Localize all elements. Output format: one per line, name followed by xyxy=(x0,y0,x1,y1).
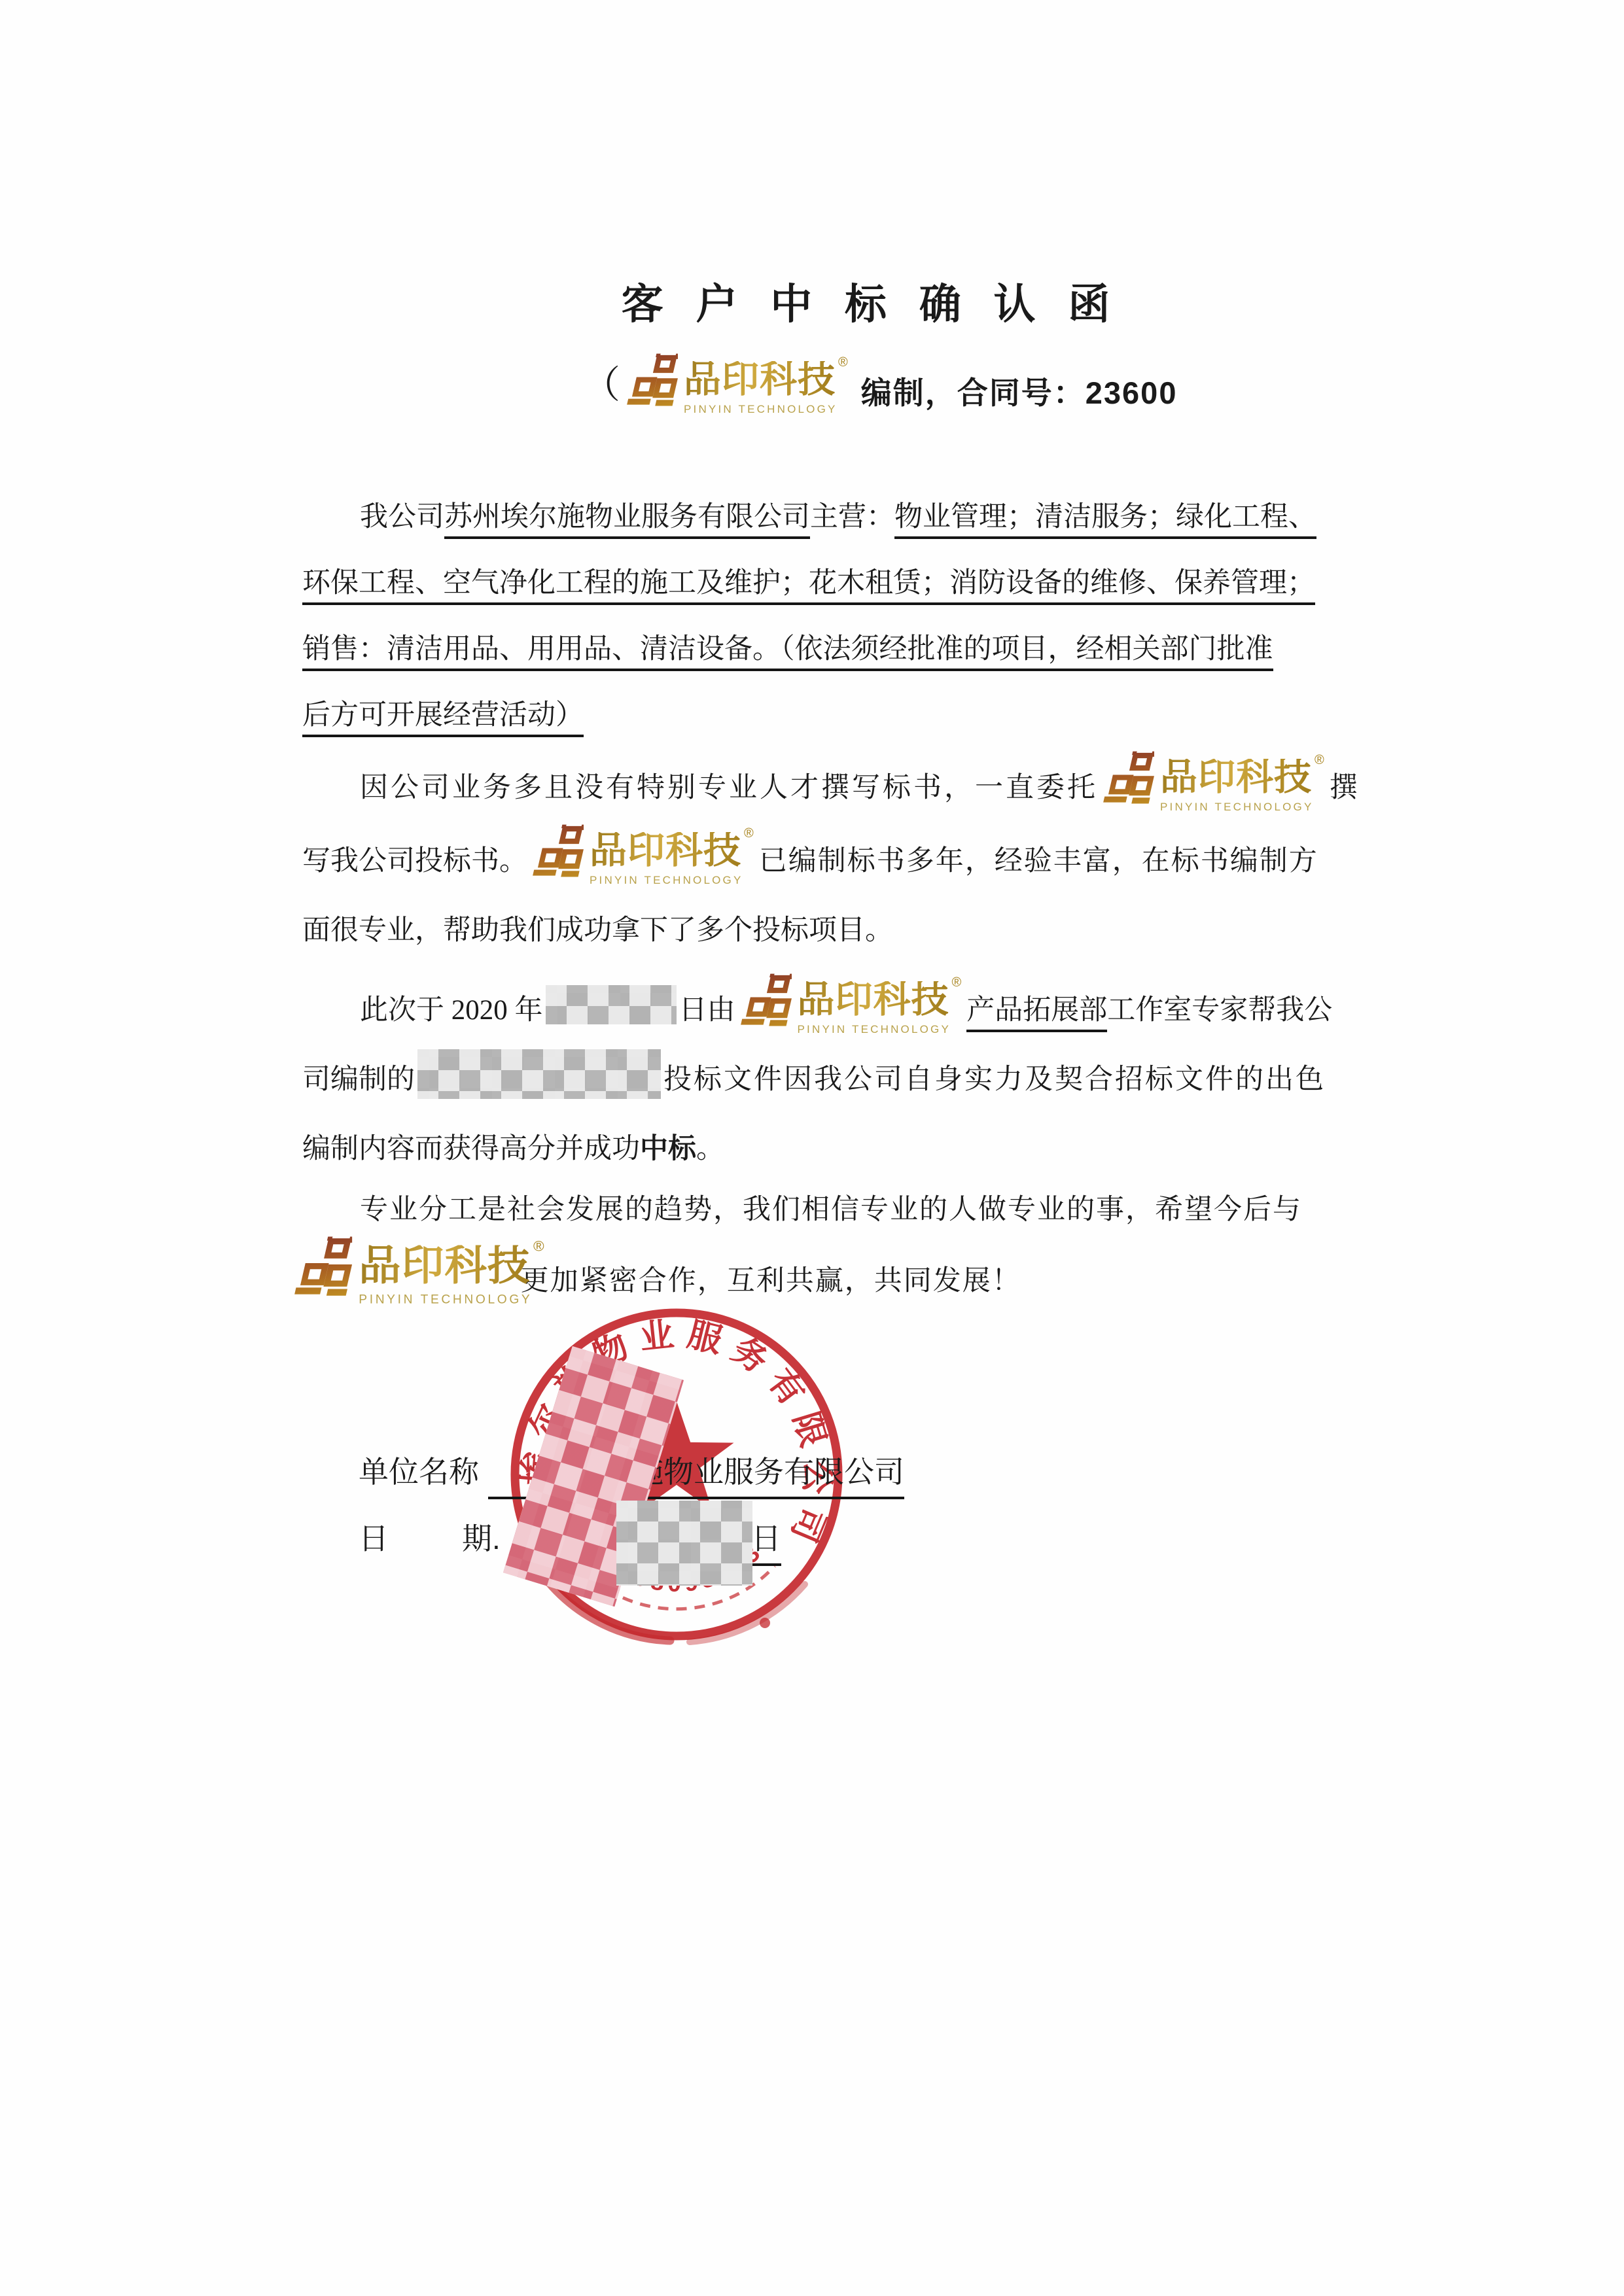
text-run: 撰 xyxy=(1330,773,1358,803)
registered-mark-icon: ® xyxy=(533,1239,544,1254)
registered-mark-icon: ® xyxy=(744,827,754,840)
logo-wordmark: 品印科技 xyxy=(359,1245,530,1287)
text-run: 主营： xyxy=(810,502,894,532)
text-run: 。 xyxy=(696,1134,724,1164)
company-name-underlined: 苏州埃尔施物业服务有限公司 xyxy=(444,502,810,539)
document-page: 客 户 中 标 确 认 函 （ xyxy=(0,0,1624,2296)
logo-subtext: PINYIN TECHNOLOGY xyxy=(1160,801,1314,812)
pinyin-logo: 品印科技 ® PINYIN TECHNOLOGY xyxy=(627,352,848,415)
paragraph-bid-result: 此次于 2020 年日由品印科技®PINYIN TECHNOLOGY产品拓展部工… xyxy=(302,972,1375,1184)
win-bid-bold: 中标 xyxy=(640,1134,696,1164)
pinyin-logo-icon xyxy=(1103,750,1154,812)
text-run: 已编制标书多年，经验丰富，在标书编制方 xyxy=(759,846,1318,877)
open-paren: （ xyxy=(582,366,620,404)
logo-subtext: PINYIN TECHNOLOGY xyxy=(590,875,743,886)
pinyin-logo-icon xyxy=(741,972,792,1035)
text-line: 面很专业，帮助我们成功拿下了多个投标项目。 xyxy=(302,896,1375,965)
text-run: 专业分工是社会发展的趋势，我们相信专业的人做专业的事，希望今后与 xyxy=(360,1194,1302,1225)
paragraph-entrust: 因公司业务多且没有特别专业人才撰写标书，一直委托品印科技®PINYIN TECH… xyxy=(302,750,1375,965)
text-run-underlined: 后方可开展经营活动） xyxy=(302,700,584,737)
text-line: 此次于 2020 年日由品印科技®PINYIN TECHNOLOGY产品拓展部工… xyxy=(302,972,1375,1045)
text-line: 编制内容而获得高分并成功中标。 xyxy=(302,1115,1375,1184)
logo-wordmark: 品印科技 xyxy=(1160,759,1312,796)
date-label: 期. xyxy=(462,1522,501,1556)
text-run: 日由 xyxy=(679,995,735,1026)
censored-footer-date-blur xyxy=(616,1501,752,1586)
text-run: 投标文件因我公司自身实力及契合招标文件的出色 xyxy=(663,1064,1326,1095)
pinyin-logo: 品印科技®PINYIN TECHNOLOGY xyxy=(533,823,754,886)
paragraph-business-scope: 我公司苏州埃尔施物业服务有限公司主营：物业管理；清洁服务；绿化工程、 环保工程、… xyxy=(302,484,1375,748)
department-underlined: 产品拓展部 xyxy=(966,995,1107,1032)
text-run: 写我公司投标书。 xyxy=(302,846,527,877)
date-value-day: 日 xyxy=(751,1522,781,1556)
logo-wordmark: 品印科技 xyxy=(798,981,949,1018)
pinyin-logo-icon xyxy=(533,823,584,886)
registered-mark-icon: ® xyxy=(952,976,962,989)
text-run-underlined: 物业管理；清洁服务；绿化工程、 xyxy=(894,502,1316,539)
subtitle-line: （ xyxy=(582,338,1177,415)
logo-wordmark: 品印科技 xyxy=(684,361,836,398)
pinyin-logo: 品印科技®PINYIN TECHNOLOGY xyxy=(1103,750,1324,812)
text-line: 后方可开展经营活动） xyxy=(302,682,1375,748)
contract-number-text: 编制，合同号：23600 xyxy=(861,377,1178,408)
text-run: 面很专业，帮助我们成功拿下了多个投标项目。 xyxy=(302,915,893,946)
pinyin-logo: 品印科技®PINYIN TECHNOLOGY xyxy=(741,972,962,1035)
text-run: 此次于 2020 年 xyxy=(360,995,543,1026)
page-title: 客 户 中 标 确 认 函 xyxy=(59,271,1624,331)
text-run: 司编制的 xyxy=(302,1064,415,1095)
text-run-underlined: 环保工程、空气净化工程的施工及维护；花木租赁；消防设备的维修、保养管理； xyxy=(302,568,1315,605)
text-line: 因公司业务多且没有特别专业人才撰写标书，一直委托品印科技®PINYIN TECH… xyxy=(302,750,1375,823)
date-label: 日 xyxy=(359,1522,389,1556)
text-line: 司编制的投标文件因我公司自身实力及契合招标文件的出色 xyxy=(302,1045,1375,1115)
pinyin-logo-icon xyxy=(294,1235,352,1306)
logo-subtext: PINYIN TECHNOLOGY xyxy=(684,404,838,415)
text-run-underlined: 销售：清洁用品、用用品、清洁设备。（依法须经批准的项目，经相关部门批准 xyxy=(302,634,1273,671)
text-run: 工作室专家帮我公 xyxy=(1107,995,1332,1026)
pinyin-logo-icon xyxy=(627,352,678,415)
text-run: 我公司 xyxy=(360,502,444,532)
pinyin-logo: 品印科技®PINYIN TECHNOLOGY xyxy=(294,1235,544,1306)
paragraph-cooperation: 专业分工是社会发展的趋势，我们相信专业的人做专业的事，希望今后与 品印科技®PI… xyxy=(302,1177,1375,1314)
logo-subtext: PINYIN TECHNOLOGY xyxy=(798,1024,951,1035)
logo-wordmark: 品印科技 xyxy=(590,832,741,869)
registered-mark-icon: ® xyxy=(1315,754,1324,767)
text-line: 环保工程、空气净化工程的施工及维护；花木租赁；消防设备的维修、保养管理； xyxy=(302,550,1375,616)
text-line: 销售：清洁用品、用用品、清洁设备。（依法须经批准的项目，经相关部门批准 xyxy=(302,616,1375,682)
censored-date-blur xyxy=(546,985,677,1024)
text-line: 写我公司投标书。品印科技®PINYIN TECHNOLOGY已编制标书多年，经验… xyxy=(302,823,1375,896)
text-line: 我公司苏州埃尔施物业服务有限公司主营：物业管理；清洁服务；绿化工程、 xyxy=(302,484,1375,550)
text-run: 更加紧密合作，互利共赢，共同发展！ xyxy=(521,1266,1021,1296)
text-run: 因公司业务多且没有特别专业人才撰写标书，一直委托 xyxy=(360,773,1098,803)
text-line: 专业分工是社会发展的趋势，我们相信专业的人做专业的事，希望今后与 xyxy=(302,1177,1375,1243)
text-run: 编制内容而获得高分并成功 xyxy=(302,1134,640,1164)
censored-project-blur xyxy=(417,1049,661,1099)
org-name-label: 单位名称 xyxy=(359,1455,479,1489)
registered-mark-icon: ® xyxy=(838,356,848,369)
